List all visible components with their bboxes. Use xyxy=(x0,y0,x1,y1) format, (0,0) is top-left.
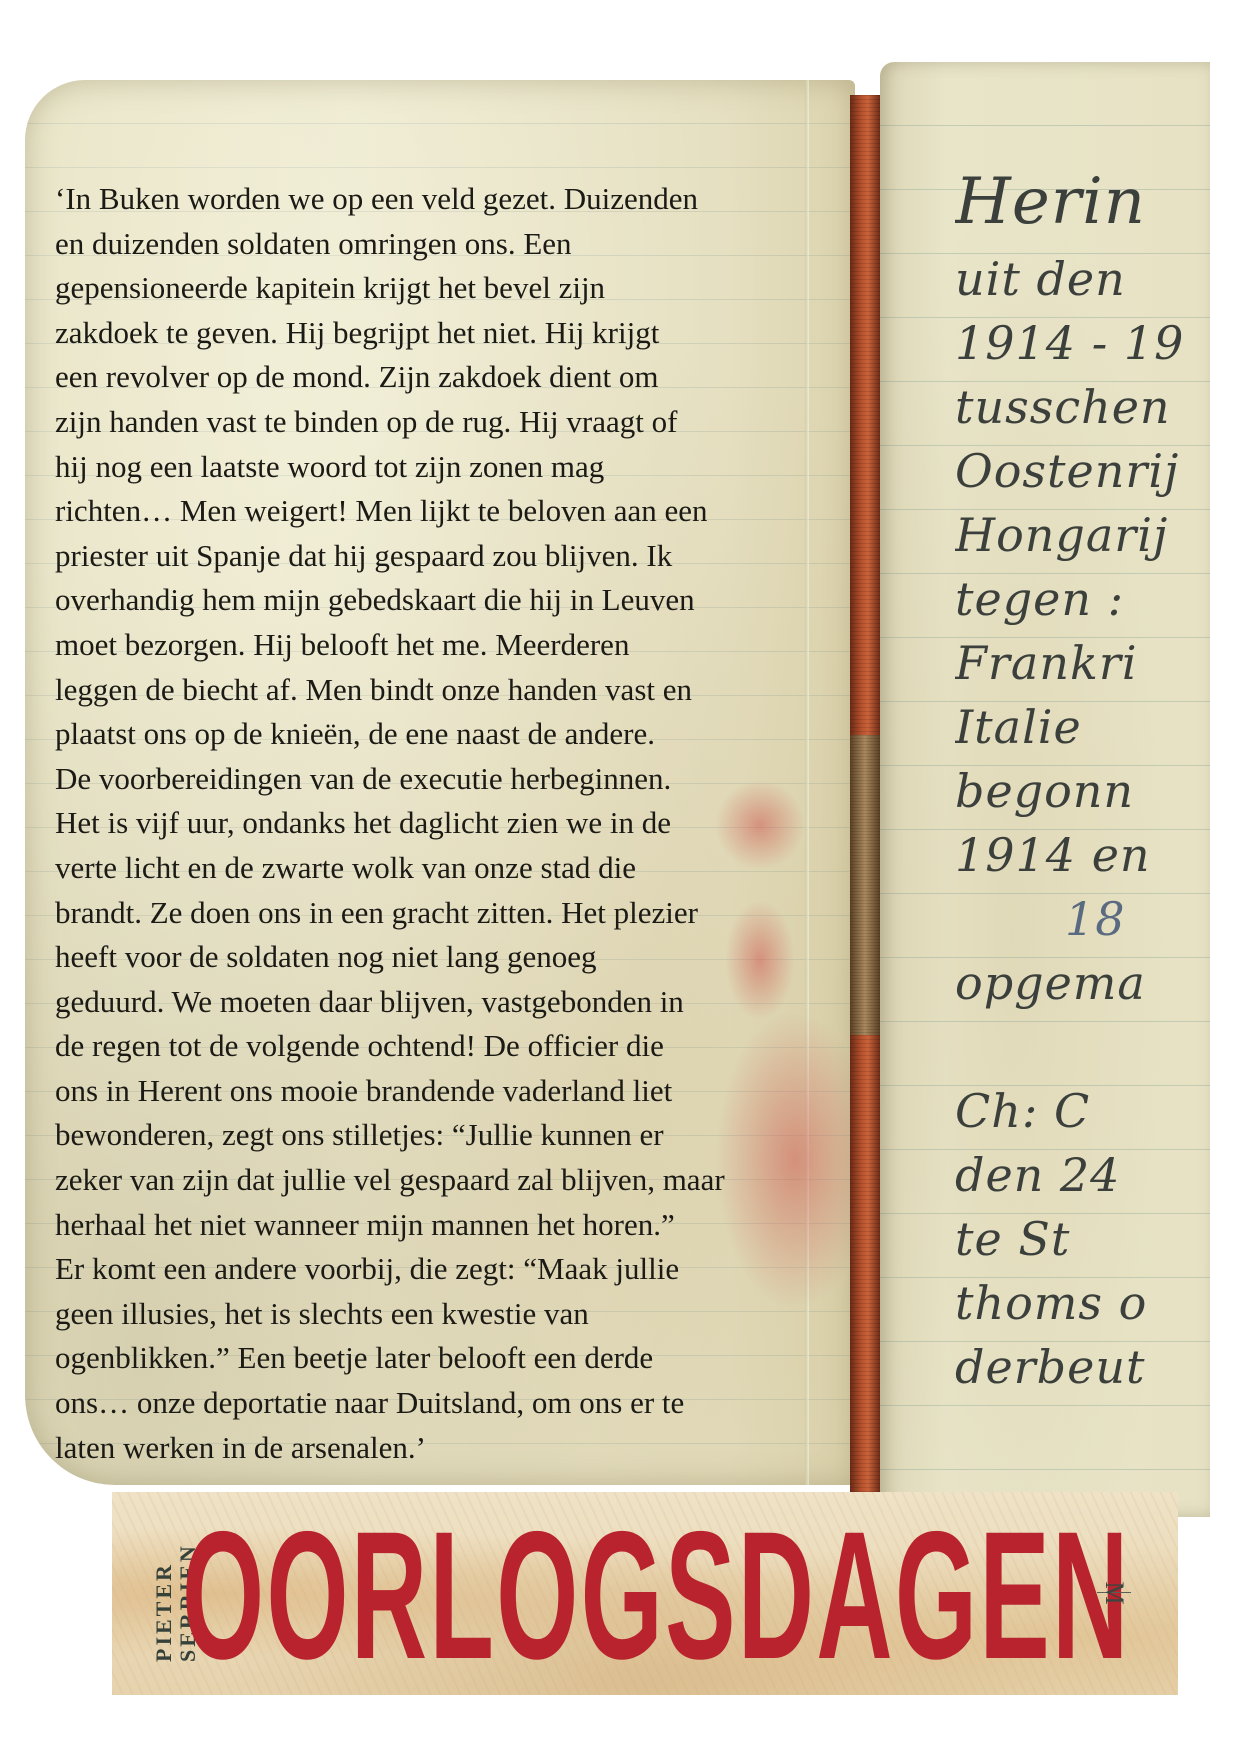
handwritten-line: begonn xyxy=(955,759,1215,823)
excerpt-line: ‘In Buken worden we op een veld gezet. D… xyxy=(55,177,855,222)
handwritten-line: Frankri xyxy=(955,631,1215,695)
excerpt-line: Er komt een andere voorbij, die zegt: “M… xyxy=(55,1247,855,1292)
excerpt-line: bewonderen, zegt ons stilletjes: “Jullie… xyxy=(55,1113,855,1158)
handwritten-line: 1914 en xyxy=(955,823,1215,887)
publisher-logo-mark: M xyxy=(1098,1581,1130,1605)
handwritten-line: 1914 - 19 xyxy=(955,311,1215,375)
handwritten-line: derbeut xyxy=(955,1335,1215,1399)
excerpt-quote: ‘In Buken worden we op een veld gezet. D… xyxy=(55,177,855,1470)
excerpt-line: zijn handen vast te binden op de rug. Hi… xyxy=(55,400,855,445)
handwritten-line xyxy=(955,1015,1215,1079)
handwritten-line: den 24 xyxy=(955,1143,1215,1207)
excerpt-line: plaatst ons op de knieën, de ene naast d… xyxy=(55,712,855,757)
excerpt-line: hij nog een laatste woord tot zijn zonen… xyxy=(55,445,855,490)
excerpt-line: laten werken in de arsenalen.’ xyxy=(55,1426,855,1471)
excerpt-line: ons… onze deportatie naar Duitsland, om … xyxy=(55,1381,855,1426)
excerpt-line: priester uit Spanje dat hij gespaard zou… xyxy=(55,534,855,579)
excerpt-line: een revolver op de mond. Zijn zakdoek di… xyxy=(55,355,855,400)
handwritten-text: Herin uit den 1914 - 19 tusschen Oostenr… xyxy=(955,157,1215,1399)
notebook-right-page: Herin uit den 1914 - 19 tusschen Oostenr… xyxy=(880,62,1210,1517)
excerpt-line: brandt. Ze doen ons in een gracht zitten… xyxy=(55,891,855,936)
excerpt-line: ons in Herent ons mooie brandende vaderl… xyxy=(55,1069,855,1114)
excerpt-line: moet bezorgen. Hij belooft het me. Meerd… xyxy=(55,623,855,668)
excerpt-line: heeft voor de soldaten nog niet lang gen… xyxy=(55,935,855,980)
excerpt-line: leggen de biecht af. Men bindt onze hand… xyxy=(55,668,855,713)
handwritten-line: Hongarij xyxy=(955,503,1215,567)
publisher-logo-icon: M xyxy=(1097,1577,1131,1611)
excerpt-line: richten… Men weigert! Men lijkt te belov… xyxy=(55,489,855,534)
excerpt-line: geduurd. We moeten daar blijven, vastgeb… xyxy=(55,980,855,1025)
excerpt-line: De voorbereidingen van de executie herbe… xyxy=(55,757,855,802)
handwritten-line: Oostenrij xyxy=(955,439,1215,503)
excerpt-line: en duizenden soldaten omringen ons. Een xyxy=(55,222,855,267)
excerpt-line: overhandig hem mijn gebedskaart die hij … xyxy=(55,578,855,623)
handwritten-line: thoms o xyxy=(955,1271,1215,1335)
handwritten-line: Ch: C xyxy=(955,1079,1215,1143)
handwritten-line: Herin xyxy=(955,157,1215,247)
handwritten-line: tusschen xyxy=(955,375,1215,439)
handwritten-line: tegen : xyxy=(955,567,1215,631)
handwritten-line: Italie xyxy=(955,695,1215,759)
book-cover-banner: PIETER SERRIEN OORLOGSDAGEN M xyxy=(112,1492,1178,1695)
excerpt-line: gepensioneerde kapitein krijgt het bevel… xyxy=(55,266,855,311)
handwritten-line: uit den xyxy=(955,247,1215,311)
excerpt-line: Het is vijf uur, ondanks het daglicht zi… xyxy=(55,801,855,846)
excerpt-line: zeker van zijn dat jullie vel gespaard z… xyxy=(55,1158,855,1203)
excerpt-line: zakdoek te geven. Hij begrijpt het niet.… xyxy=(55,311,855,356)
excerpt-line: herhaal het niet wanneer mijn mannen het… xyxy=(55,1203,855,1248)
book-title: OORLOGSDAGEN xyxy=(182,1520,1131,1670)
excerpt-line: geen illusies, het is slechts een kwesti… xyxy=(55,1292,855,1337)
excerpt-line: verte licht en de zwarte wolk van onze s… xyxy=(55,846,855,891)
handwritten-line: opgema xyxy=(955,951,1215,1015)
excerpt-line: de regen tot de volgende ochtend! De off… xyxy=(55,1024,855,1069)
handwritten-line: 18 xyxy=(955,887,1215,951)
author-first-name: PIETER xyxy=(152,1543,176,1662)
handwritten-line: te St xyxy=(955,1207,1215,1271)
excerpt-line: ogenblikken.” Een beetje later belooft e… xyxy=(55,1336,855,1381)
